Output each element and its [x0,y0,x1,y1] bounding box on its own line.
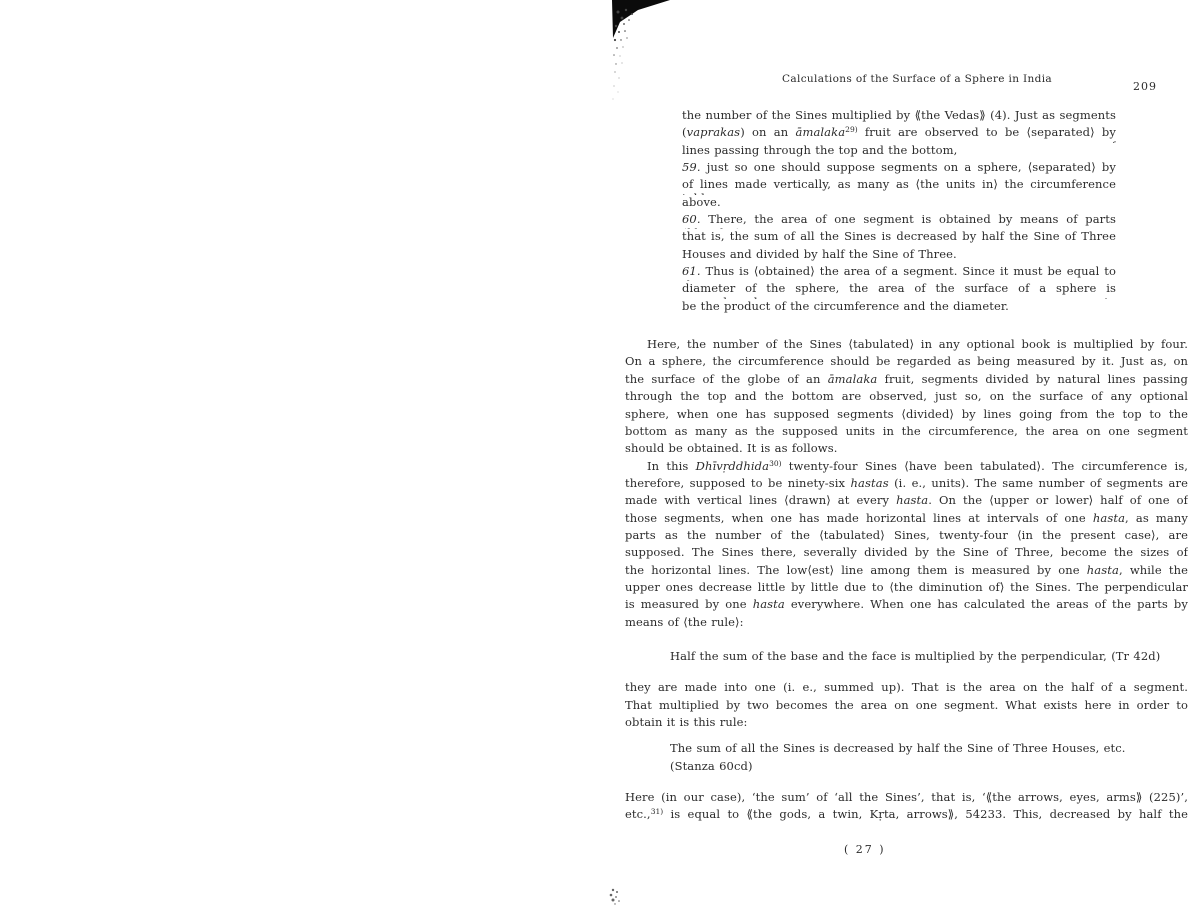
text-line: On a sphere, the circumference should be… [625,354,1188,371]
page-footer: ( 27 ) [844,843,1188,856]
page-column: Calculations of the Surface of a Sphere … [625,0,1188,856]
text-line: diameter of the sphere, the area of the … [682,281,1116,298]
text-line: upper ones decrease little by little due… [625,580,1188,597]
text-line: (Stanza 60cd) [670,759,1188,776]
text-line: Here, the number of the Sines ⟨tabulated… [625,337,1188,354]
running-header: Calculations of the Surface of a Sphere … [625,73,1188,90]
footnote-marker: 31) [651,807,663,816]
text-line: 61. Thus is ⟨obtained⟩ the area of a seg… [682,264,1116,281]
text-line: 59. just so one should suppose segments … [682,160,1116,177]
text-line: means of ⟨the rule⟩: [625,615,1188,632]
text-line: therefore, supposed to be ninety-six has… [625,476,1188,493]
summation-paragraph: they are made into one (i. e., summed up… [625,680,1188,732]
text-line: sphere, when one has supposed segments ⟨… [625,407,1188,424]
text-line: that is, the sum of all the Sines is dec… [682,229,1116,246]
text-line: lines passing through the top and the bo… [682,143,1116,160]
text-line: the number of the Sines multiplied by ⟪t… [682,108,1116,125]
text-line: the horizontal lines. The low⟨est⟩ line … [625,563,1188,580]
scan-smudge-bottom [605,884,635,908]
text-line: Houses and divided by half the Sine of T… [682,247,1116,264]
running-title: Calculations of the Surface of a Sphere … [782,73,1052,85]
verse-translation-block: the number of the Sines multiplied by ⟪t… [682,108,1116,316]
text-line: bottom as many as the supposed units in … [625,424,1188,441]
document-blocks: the number of the Sines multiplied by ⟪t… [625,108,1188,825]
scanned-paper-page: Calculations of the Surface of a Sphere … [0,0,1200,911]
text-line: (vaprakas) on an āmalaka29) fruit are ob… [682,125,1116,142]
text-line: parts as the number of the ⟨tabulated⟩ S… [625,528,1188,545]
text-line: should be obtained. It is as follows. [625,441,1188,458]
text-line: they are made into one (i. e., summed up… [625,680,1188,697]
body-flow: Here, the number of the Sines ⟨tabulated… [625,337,1188,632]
text-line: be the product of the circumference and … [682,299,1116,316]
final-paragraph: Here (in our case), ‘the sum’ of ‘all th… [625,790,1188,825]
text-line: 60. There, the area of one segment is ob… [682,212,1116,229]
text-line: those segments, when one has made horizo… [625,511,1188,528]
text-line: Here (in our case), ‘the sum’ of ‘all th… [625,790,1188,807]
text-line: above. [682,195,1116,212]
footnote-marker: 29) [845,125,857,134]
rule-quote-tr42d: Half the sum of the base and the face is… [670,649,1188,666]
text-line: etc.,31) is equal to ⟪the gods, a twin, … [625,807,1188,824]
text-line: Half the sum of the base and the face is… [670,649,1188,666]
text-line: The sum of all the Sines is decreased by… [670,741,1188,758]
text-line: of lines made vertically, as many as ⟨th… [682,177,1116,194]
text-line: That multiplied by two becomes the area … [625,698,1188,715]
footnote-marker: 30) [769,459,781,468]
text-line: is measured by one hasta everywhere. Whe… [625,597,1188,614]
text-line: In this Dhīvṛddhida30) twenty-four Sines… [625,459,1188,476]
stanza-quote-60cd: The sum of all the Sines is decreased by… [670,741,1188,776]
footer-folio-label: ( 27 ) [844,843,886,856]
page-number: 209 [1133,80,1157,93]
text-line: obtain it is this rule: [625,715,1188,732]
text-line: made with vertical lines ⟨drawn⟩ at ever… [625,493,1188,510]
text-line: supposed. The Sines there, severally div… [625,545,1188,562]
text-line: the surface of the globe of an āmalaka f… [625,372,1188,389]
text-line: through the top and the bottom are obser… [625,389,1188,406]
